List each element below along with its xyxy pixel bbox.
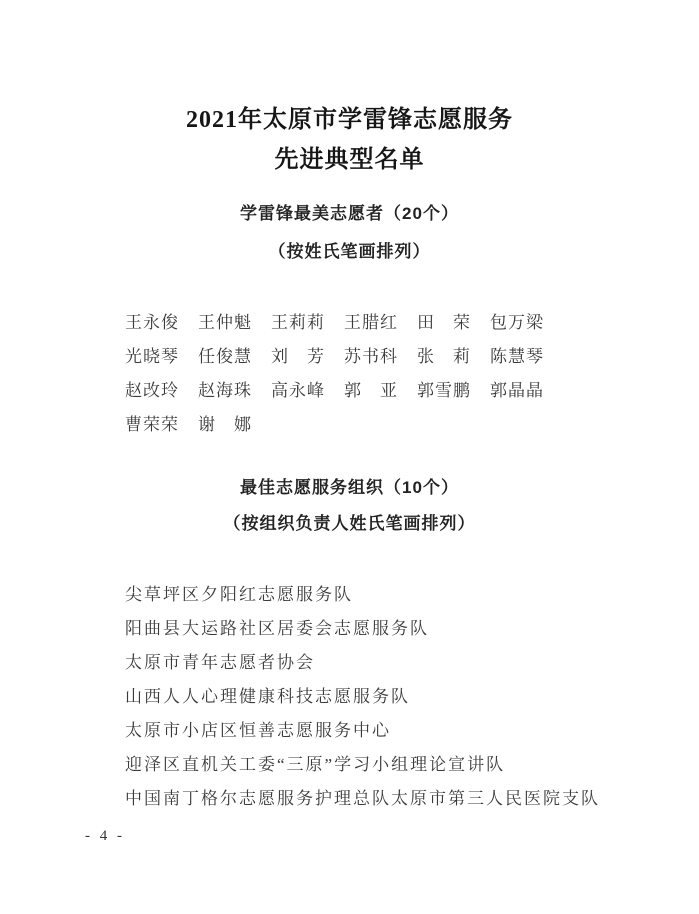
document-title-line-1: 2021年太原市学雷锋志愿服务 <box>0 100 699 140</box>
volunteer-name: 王腊红 <box>344 306 398 340</box>
document-title: 2021年太原市学雷锋志愿服务 先进典型名单 <box>0 0 699 180</box>
volunteers-section-heading: 学雷锋最美志愿者（20个） <box>0 202 699 226</box>
volunteer-name: 郭晶晶 <box>490 374 544 408</box>
volunteer-name: 赵海珠 <box>198 374 252 408</box>
volunteer-name: 苏书科 <box>344 340 398 374</box>
document-page: 2021年太原市学雷锋志愿服务 先进典型名单 学雷锋最美志愿者（20个） （按姓… <box>0 0 699 914</box>
volunteer-name: 任俊慧 <box>198 340 252 374</box>
organizations-list: 尖草坪区夕阳红志愿服务队阳曲县大运路社区居委会志愿服务队太原市青年志愿者协会山西… <box>0 578 699 816</box>
organizations-sort-note: （按组织负责人姓氏笔画排列） <box>0 512 699 536</box>
volunteer-name-row-2: 光晓琴任俊慧刘 芳苏书科张 莉陈慧琴 <box>125 340 699 374</box>
volunteer-name: 曹荣荣 <box>125 408 179 442</box>
volunteer-names-list: 王永俊王仲魁王莉莉王腊红田 荣包万梁 光晓琴任俊慧刘 芳苏书科张 莉陈慧琴 赵改… <box>0 306 699 442</box>
organization-name: 阳曲县大运路社区居委会志愿服务队 <box>125 612 699 646</box>
organization-name: 迎泽区直机关工委“三原”学习小组理论宣讲队 <box>125 748 699 782</box>
volunteer-name: 王莉莉 <box>271 306 325 340</box>
volunteer-name: 陈慧琴 <box>490 340 544 374</box>
volunteer-name: 张 莉 <box>417 340 471 374</box>
volunteer-name-row-4: 曹荣荣谢 娜 <box>125 408 699 442</box>
organizations-section-heading: 最佳志愿服务组织（10个） <box>0 476 699 500</box>
volunteer-name-row-3: 赵改玲赵海珠高永峰郭 亚郭雪鹏郭晶晶 <box>125 374 699 408</box>
volunteer-name: 田 荣 <box>417 306 471 340</box>
organization-name: 尖草坪区夕阳红志愿服务队 <box>125 578 699 612</box>
organization-name: 山西人人心理健康科技志愿服务队 <box>125 680 699 714</box>
document-body: { "page": { "title_line1": "2021年太原市学雷锋志… <box>0 0 699 914</box>
organization-name: 太原市青年志愿者协会 <box>125 646 699 680</box>
volunteer-name: 刘 芳 <box>271 340 325 374</box>
volunteer-name: 郭 亚 <box>344 374 398 408</box>
volunteer-name: 光晓琴 <box>125 340 179 374</box>
volunteer-name: 王永俊 <box>125 306 179 340</box>
volunteer-name: 高永峰 <box>271 374 325 408</box>
volunteer-name: 包万梁 <box>490 306 544 340</box>
organization-name: 中国南丁格尔志愿服务护理总队太原市第三人民医院支队 <box>125 782 699 816</box>
volunteer-name: 郭雪鹏 <box>417 374 471 408</box>
organization-name: 太原市小店区恒善志愿服务中心 <box>125 714 699 748</box>
page-number: - 4 - <box>0 826 699 846</box>
volunteer-name: 赵改玲 <box>125 374 179 408</box>
volunteers-sort-note: （按姓氏笔画排列） <box>0 240 699 264</box>
volunteer-name: 王仲魁 <box>198 306 252 340</box>
document-title-line-2: 先进典型名单 <box>0 140 699 180</box>
volunteer-name-row-1: 王永俊王仲魁王莉莉王腊红田 荣包万梁 <box>125 306 699 340</box>
volunteer-name: 谢 娜 <box>198 408 252 442</box>
